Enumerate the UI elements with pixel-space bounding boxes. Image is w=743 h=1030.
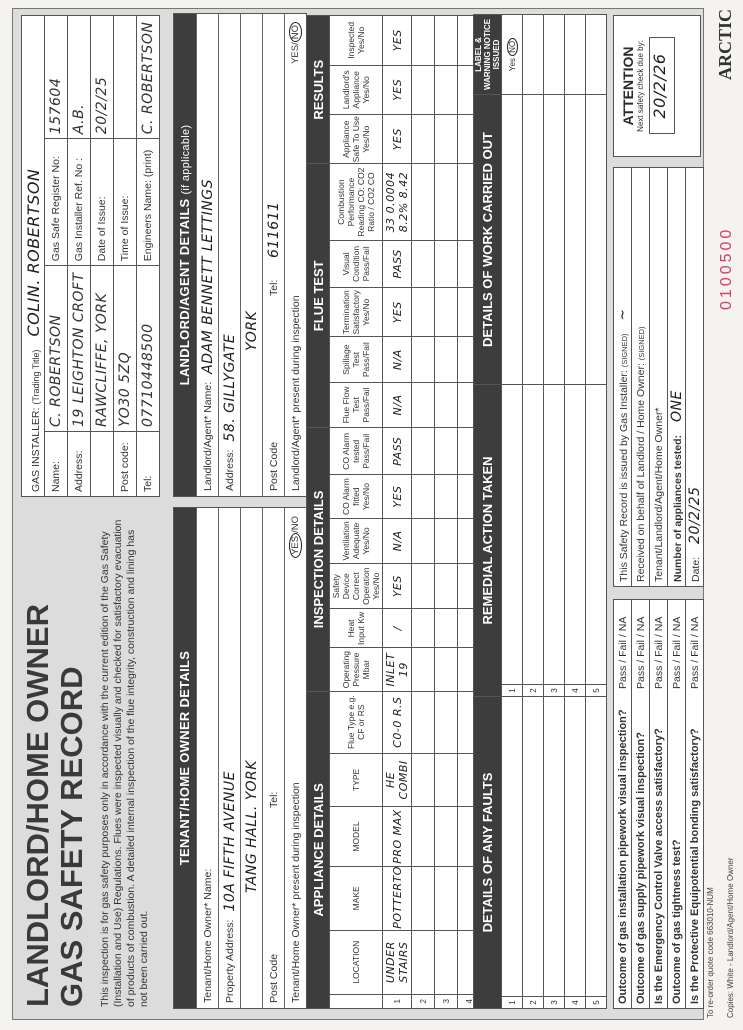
column-header: Safety Device Correct Operation Yes/No (330, 564, 383, 609)
agent-tel-label: Tel: (268, 280, 280, 296)
appliance-cell[interactable] (412, 609, 435, 648)
cell-value: YES (391, 575, 404, 597)
appliance-row: 3 (435, 16, 458, 1009)
appliance-cell[interactable] (435, 428, 458, 475)
agent-present-toggle[interactable]: YES/NO (290, 22, 301, 64)
agent-present-row[interactable]: Landlord/Agent* present during inspectio… (284, 14, 306, 496)
check-answer-options[interactable]: Pass / Fail / NA (614, 600, 632, 694)
appliance-cell[interactable] (412, 753, 435, 807)
appliance-cell[interactable]: N/A (383, 382, 412, 427)
form-sheet: LANDLORD/HOME OWNER GAS SAFETY RECORD Th… (12, 8, 704, 1020)
date-issue-value[interactable]: 20/2/25 (91, 16, 114, 139)
property-address-row-2[interactable]: TANG HALL. YORK (240, 508, 262, 1008)
check-question-row: Is the Protective Equipotential bonding … (686, 600, 704, 1009)
date-issue-label: Date of Issue: (91, 139, 114, 266)
gas-installer-table: GAS INSTALLER: (Trading Title) COLIN. RO… (21, 15, 160, 497)
engineer-name-value[interactable]: C. ROBERTSON (137, 16, 160, 139)
agent-postcode-label: Post Code (268, 442, 280, 491)
row-number: 2 (412, 994, 435, 1008)
column-header: TYPE (330, 753, 383, 807)
appliance-cell[interactable] (412, 288, 435, 337)
appliance-cell[interactable]: N/A (383, 337, 412, 382)
agent-heading-note: (if applicable) (180, 125, 192, 195)
remedial-action-field[interactable] (544, 384, 565, 684)
fault-number: 2 (523, 997, 544, 1009)
attention-box: ATTENTION Next safety check due by: 20/2… (613, 15, 701, 157)
remedial-number: 2 (523, 684, 544, 696)
tenant-details-panel: TENANT/HOME OWNER DETAILS Tenant/Home Ow… (173, 507, 307, 1009)
appliance-cell[interactable] (412, 518, 435, 563)
installer-label: GAS INSTALLER: (30, 408, 42, 492)
installer-name-value[interactable]: C. ROBERTSON (45, 266, 68, 432)
agent-present-yes[interactable]: YES (290, 45, 301, 64)
appliance-cell[interactable]: C0-0 R.S (383, 691, 412, 753)
tenant-name-label: Tenant/Home Owner* Name: (202, 869, 214, 1003)
reorder-code: To re-order quote code 663010-NUM (706, 887, 715, 1018)
work-carried-out-field[interactable] (502, 94, 523, 384)
column-header: MAKE (330, 866, 383, 930)
remedial-number: 3 (544, 684, 565, 696)
appliance-cell[interactable] (412, 930, 435, 994)
landlord-agent-panel: LANDLORD/AGENT DETAILS (if applicable) L… (173, 13, 307, 497)
check-question: Is the Emergency Control Valve access sa… (650, 693, 668, 1009)
issued-note: (SIGNED) (620, 333, 629, 367)
tenant-present-toggle[interactable]: YES/NO (290, 516, 301, 558)
tenant-present-yes[interactable]: YES (289, 533, 302, 558)
column-header: Flue Type e.g. CF or RS (330, 691, 383, 753)
cell-value: C0-0 R.S (391, 697, 404, 748)
appliance-cell[interactable] (412, 475, 435, 518)
check-answer-options[interactable]: Pass / Fail / NA (668, 600, 686, 694)
appliance-cell[interactable] (412, 65, 435, 114)
appliance-row: 2 (412, 16, 435, 1009)
cell-value: INLET 19 (384, 653, 410, 687)
appliance-cell[interactable]: YES (383, 16, 412, 66)
installer-tel-value[interactable]: 07710448500 (137, 266, 160, 432)
property-address-label: Property Address: (224, 920, 236, 1003)
work-carried-out-field[interactable] (565, 94, 586, 384)
received-row[interactable]: Received on behalf of Landlord / Home Ow… (632, 168, 650, 587)
appliance-cell[interactable] (412, 382, 435, 427)
ref-label: Gas Installer Ref. No : (68, 139, 91, 266)
property-address-row[interactable]: Property Address: 10A FIFTH AVENUE (218, 508, 240, 1008)
remedial-heading: REMEDIAL ACTION TAKEN (474, 384, 502, 696)
name-label: Name: (45, 432, 68, 497)
signoff-date-value[interactable]: 20/2/25 (687, 486, 703, 543)
brand-mark: ARCTIC (715, 9, 736, 80)
cell-value: 33 0.0004 8.2% 8.42 (384, 172, 410, 232)
column-header: Termination Satisfactory Yes/No (330, 288, 383, 337)
agent-present-no[interactable]: NO (289, 22, 302, 42)
title-line-1: LANDLORD/HOME OWNER (21, 507, 55, 1007)
column-header: Heat Input Kw (330, 609, 383, 648)
agent-heading: LANDLORD/AGENT DETAILS (if applicable) (174, 14, 196, 496)
appliance-cell[interactable] (412, 807, 435, 867)
work-carried-out-field[interactable] (586, 94, 607, 384)
property-address-line2[interactable]: TANG HALL. YORK (244, 760, 260, 893)
remedial-action-field[interactable] (586, 384, 607, 684)
fault-detail-field[interactable] (523, 696, 544, 996)
agent-present-label: Landlord/Agent* present during inspectio… (290, 295, 302, 491)
appliance-cell[interactable] (435, 807, 458, 867)
notice-issued-field[interactable] (523, 14, 544, 94)
installer-trading-row: GAS INSTALLER: (Trading Title) COLIN. RO… (22, 16, 45, 497)
received-note: (SIGNED) (637, 326, 646, 360)
agent-address-label: Address: (224, 450, 236, 491)
fault-row: 55 (586, 14, 607, 1008)
check-question: Outcome of gas installation pipework vis… (614, 693, 632, 1009)
column-header: MODEL (330, 807, 383, 867)
fault-row: 11Yes NO (502, 14, 523, 1008)
cell-value: / (391, 626, 404, 630)
appliance-cell[interactable]: YES (383, 115, 412, 164)
engineer-label: Engineers Name: (print) (137, 139, 160, 266)
notice-heading: LABEL & WARNING NOTICE ISSUED (474, 14, 502, 94)
agent-address-line1[interactable]: 58. GILLYGATE (222, 334, 238, 442)
appliance-cell[interactable] (412, 648, 435, 691)
cell-value: PASS (391, 437, 404, 466)
appliance-cell[interactable] (435, 337, 458, 382)
attention-sub: Next safety check due by: (636, 16, 645, 156)
appliance-cell[interactable] (412, 428, 435, 475)
appliance-cell[interactable] (435, 753, 458, 807)
copies-note: Copies: White - Landlord/Agent/Home Owne… (726, 857, 735, 1018)
appliance-cell[interactable] (412, 337, 435, 382)
grid-column-headers: LOCATIONMAKEMODELTYPEFlue Type e.g. CF o… (330, 16, 383, 1009)
cell-value: UNDER STAIRS (384, 941, 410, 983)
check-question: Outcome of gas tightness test? (668, 693, 686, 1009)
appliance-cell[interactable]: HE COMBI (383, 753, 412, 807)
signoff-table: This Safety Record is issued by Gas Inst… (613, 167, 704, 587)
faults-body: 11Yes NO22334455 (502, 14, 607, 1008)
remedial-action-field[interactable] (502, 384, 523, 684)
column-header: Operating Pressure Mbar (330, 648, 383, 691)
appliance-cell[interactable] (435, 240, 458, 287)
agent-heading-text: LANDLORD/AGENT DETAILS (177, 198, 192, 385)
appliance-cell[interactable]: PASS (383, 240, 412, 287)
tenant-name-row[interactable]: Tenant/Home Owner* Name: (196, 508, 218, 1008)
tenant-present-row[interactable]: Tenant/Home Owner* present during inspec… (284, 508, 306, 1008)
results-heading: RESULTS (307, 16, 330, 164)
register-no-value[interactable]: 157604 (45, 16, 68, 139)
appliance-cell[interactable] (412, 115, 435, 164)
cell-value: HE COMBI (384, 760, 410, 799)
appliance-cell[interactable] (435, 65, 458, 114)
appliance-cell[interactable] (435, 16, 458, 66)
appliance-cell[interactable] (412, 866, 435, 930)
cell-value: POTTERTON (391, 866, 404, 928)
appliance-details-heading: APPLIANCE DETAILS (307, 691, 330, 1008)
agent-name-label: Landlord/Agent* Name: (202, 382, 214, 491)
agent-tel-value[interactable]: 611611 (266, 202, 282, 258)
appliance-cell[interactable]: 33 0.0004 8.2% 8.42 (383, 164, 412, 240)
column-header: LOCATION (330, 930, 383, 994)
work-carried-out-field[interactable] (544, 94, 565, 384)
notice-issued-field[interactable] (544, 14, 565, 94)
column-header: Visual Condition Pass/Fail (330, 240, 383, 287)
tenant-present-no[interactable]: NO (290, 516, 301, 530)
address-label: Address: (68, 432, 91, 497)
appliance-cell[interactable]: / (383, 609, 412, 648)
check-question: Is the Protective Equipotential bonding … (686, 693, 704, 1009)
issued-row[interactable]: This Safety Record is issued by Gas Inst… (614, 168, 632, 587)
time-issue-value[interactable] (114, 16, 137, 139)
appliance-cell[interactable]: UNDER STAIRS (383, 930, 412, 994)
column-header: CO Alarm tested Pass/Fail (330, 428, 383, 475)
remedial-action-field[interactable] (523, 384, 544, 684)
serial-number: 0100500 (718, 227, 736, 310)
column-header: Inspected Yes/No (330, 16, 383, 66)
installer-label-note: (Trading Title) (31, 349, 41, 404)
title-line-2: GAS SAFETY RECORD (55, 507, 89, 1007)
remedial-action-field[interactable] (565, 384, 586, 684)
installer-address-line1[interactable]: 19 LEIGHTON CROFT (68, 266, 91, 432)
time-issue-label: Time of Issue: (114, 139, 137, 266)
agent-name-value[interactable]: ADAM BENNETT LETTINGS (200, 179, 216, 374)
notice-issued-field[interactable] (586, 14, 607, 94)
faults-grid: DETAILS OF ANY FAULTS REMEDIAL ACTION TA… (473, 14, 607, 1009)
cell-value: N/A (391, 530, 404, 551)
notice-no[interactable]: NO (507, 38, 518, 56)
notice-yes[interactable]: Yes (508, 58, 517, 71)
appliance-count-value[interactable]: ONE (669, 390, 685, 422)
appliance-cell[interactable]: N/A (383, 518, 412, 563)
count-row[interactable]: Number of appliances tested: ONE (668, 168, 686, 587)
property-address-line1[interactable]: 10A FIFTH AVENUE (222, 771, 238, 911)
next-check-due-value[interactable]: 20/2/26 (649, 38, 675, 135)
check-question-row: Outcome of gas installation pipework vis… (614, 600, 632, 1009)
checks-questions: Outcome of gas installation pipework vis… (613, 599, 704, 1009)
fault-number: 4 (565, 997, 586, 1009)
cell-value: PRO MAX (391, 809, 404, 863)
address-continuation (91, 432, 114, 497)
fault-detail-field[interactable] (544, 696, 565, 996)
appliance-row: 1UNDER STAIRSPOTTERTONPRO MAXHE COMBIC0-… (383, 16, 412, 1009)
column-header: Spillage Test Pass/Fail (330, 337, 383, 382)
tenant-heading: TENANT/HOME OWNER DETAILS (174, 508, 196, 1008)
appliance-cell[interactable] (412, 16, 435, 66)
appliance-cell[interactable] (435, 609, 458, 648)
remedial-number: 1 (502, 684, 523, 696)
tenant-tel-label: Tel: (268, 792, 280, 808)
appliance-cell[interactable] (435, 930, 458, 994)
row-number: 1 (383, 994, 412, 1008)
tenant-sign-row[interactable]: Tenant/Landlord/Agent/Home Owner* (650, 168, 668, 587)
check-question-row: Outcome of gas tightness test?Pass / Fai… (668, 600, 686, 1009)
issued-label: This Safety Record is issued by Gas Inst… (618, 370, 630, 582)
fault-row: 44 (565, 14, 586, 1008)
agent-name-row[interactable]: Landlord/Agent* Name: ADAM BENNETT LETTI… (196, 14, 218, 496)
attention-heading: ATTENTION (620, 16, 636, 156)
register-label: Gas Safe Register No: (45, 139, 68, 266)
tel-label: Tel: (137, 432, 160, 497)
faults-heading: DETAILS OF ANY FAULTS (474, 696, 502, 1008)
notice-issued-toggle[interactable]: Yes NO (502, 14, 523, 94)
tenant-sign-label: Tenant/Landlord/Agent/Home Owner* (653, 407, 665, 582)
inspection-details-heading: INSPECTION DETAILS (307, 428, 330, 692)
check-question-row: Outcome of gas supply pipework visual in… (632, 600, 650, 1009)
appliance-cell[interactable] (412, 164, 435, 240)
column-header: Flue Flow Test Pass/Fail (330, 382, 383, 427)
cell-value: N/A (391, 394, 404, 415)
appliance-cell[interactable]: PRO MAX (383, 807, 412, 867)
intro-text: This inspection is for gas safety purpos… (99, 517, 151, 1007)
installer-signature[interactable]: ~ (615, 308, 631, 320)
cell-value: YES (391, 29, 404, 51)
postcode-label: Post code: (114, 432, 137, 497)
appliance-cell[interactable] (435, 564, 458, 609)
appliance-cell[interactable]: POTTERTON (383, 866, 412, 930)
appliance-cell[interactable]: INLET 19 (383, 648, 412, 691)
appliance-cell[interactable] (412, 691, 435, 753)
appliance-cell[interactable] (435, 115, 458, 164)
check-question: Outcome of gas supply pipework visual in… (632, 693, 650, 1009)
fault-detail-field[interactable] (565, 696, 586, 996)
flue-test-heading: FLUE TEST (307, 164, 330, 428)
appliance-cell[interactable]: YES (383, 475, 412, 518)
cell-value: PASS (391, 249, 404, 278)
installer-address-line2[interactable]: RAWCLIFFE, YORK (91, 266, 114, 432)
appliance-cell[interactable] (435, 518, 458, 563)
signoff-date-row[interactable]: Date: 20/2/25 (686, 168, 704, 587)
row-number-header (330, 994, 383, 1008)
signoff-date-label: Date: (690, 557, 702, 582)
cell-value: YES (391, 486, 404, 508)
work-carried-out-field[interactable] (523, 94, 544, 384)
column-header: Combustion Performance Reading CO: CO2 R… (330, 164, 383, 240)
appliance-cell[interactable] (435, 288, 458, 337)
installer-postcode-value[interactable]: YO30 5ZQ (114, 266, 137, 432)
fault-detail-field[interactable] (586, 696, 607, 996)
column-header: CO Alarm fitted Yes/No (330, 475, 383, 518)
tenant-present-label: Tenant/Home Owner* present during inspec… (290, 782, 302, 1003)
appliance-cell[interactable] (435, 648, 458, 691)
appliance-cell[interactable] (435, 691, 458, 753)
appliance-cell[interactable] (435, 866, 458, 930)
agent-postcode-row[interactable]: Post Code Tel: 611611 (262, 14, 284, 496)
tenant-postcode-label: Post Code (268, 954, 280, 1003)
ref-no-value[interactable]: A.B. (68, 16, 91, 139)
remedial-number: 4 (565, 684, 586, 696)
appliance-cell[interactable]: PASS (383, 428, 412, 475)
fault-number: 3 (544, 997, 565, 1009)
agent-address-line2[interactable]: YORK (244, 311, 260, 351)
cell-value: YES (391, 79, 404, 101)
notice-issued-field[interactable] (565, 14, 586, 94)
column-header: Appliance Safe To Use Yes/No (330, 115, 383, 164)
check-answer-options[interactable]: Pass / Fail / NA (686, 600, 704, 694)
gas-safety-record-page: LANDLORD/HOME OWNER GAS SAFETY RECORD Th… (0, 0, 743, 1030)
column-header: Landlord's Appliance Yes/No (330, 65, 383, 114)
appliance-cell[interactable] (412, 240, 435, 287)
fault-number: 5 (586, 997, 607, 1009)
appliance-cell[interactable] (435, 382, 458, 427)
trading-title-value[interactable]: COLIN. ROBERTSON (24, 169, 43, 337)
fault-row: 22 (523, 14, 544, 1008)
appliance-cell[interactable] (435, 164, 458, 240)
check-answer-options[interactable]: Pass / Fail / NA (632, 600, 650, 694)
tenant-postcode-row[interactable]: Post Code Tel: (262, 508, 284, 1008)
appliance-cell[interactable] (412, 564, 435, 609)
appliance-cell[interactable]: YES (383, 65, 412, 114)
appliance-cell[interactable] (435, 475, 458, 518)
cell-value: N/A (391, 349, 404, 370)
fault-number: 1 (502, 997, 523, 1009)
count-label: Number of appliances tested: (672, 435, 684, 582)
work-heading: DETAILS OF WORK CARRIED OUT (474, 94, 502, 384)
received-label: Received on behalf of Landlord / Home Ow… (635, 363, 647, 582)
agent-address-row-2[interactable]: YORK (240, 14, 262, 496)
cell-value: YES (391, 128, 404, 150)
appliance-cell[interactable]: YES (383, 288, 412, 337)
appliance-cell[interactable]: YES (383, 564, 412, 609)
fault-detail-field[interactable] (502, 696, 523, 996)
check-answer-options[interactable]: Pass / Fail / NA (650, 600, 668, 694)
remedial-number: 5 (586, 684, 607, 696)
fault-row: 33 (544, 14, 565, 1008)
agent-address-row[interactable]: Address: 58. GILLYGATE (218, 14, 240, 496)
title-block: LANDLORD/HOME OWNER GAS SAFETY RECORD Th… (21, 507, 171, 1007)
cell-value: YES (391, 301, 404, 323)
column-header: Ventilation Adequate Yes/No (330, 518, 383, 563)
check-question-row: Is the Emergency Control Valve access sa… (650, 600, 668, 1009)
row-number: 3 (435, 994, 458, 1008)
